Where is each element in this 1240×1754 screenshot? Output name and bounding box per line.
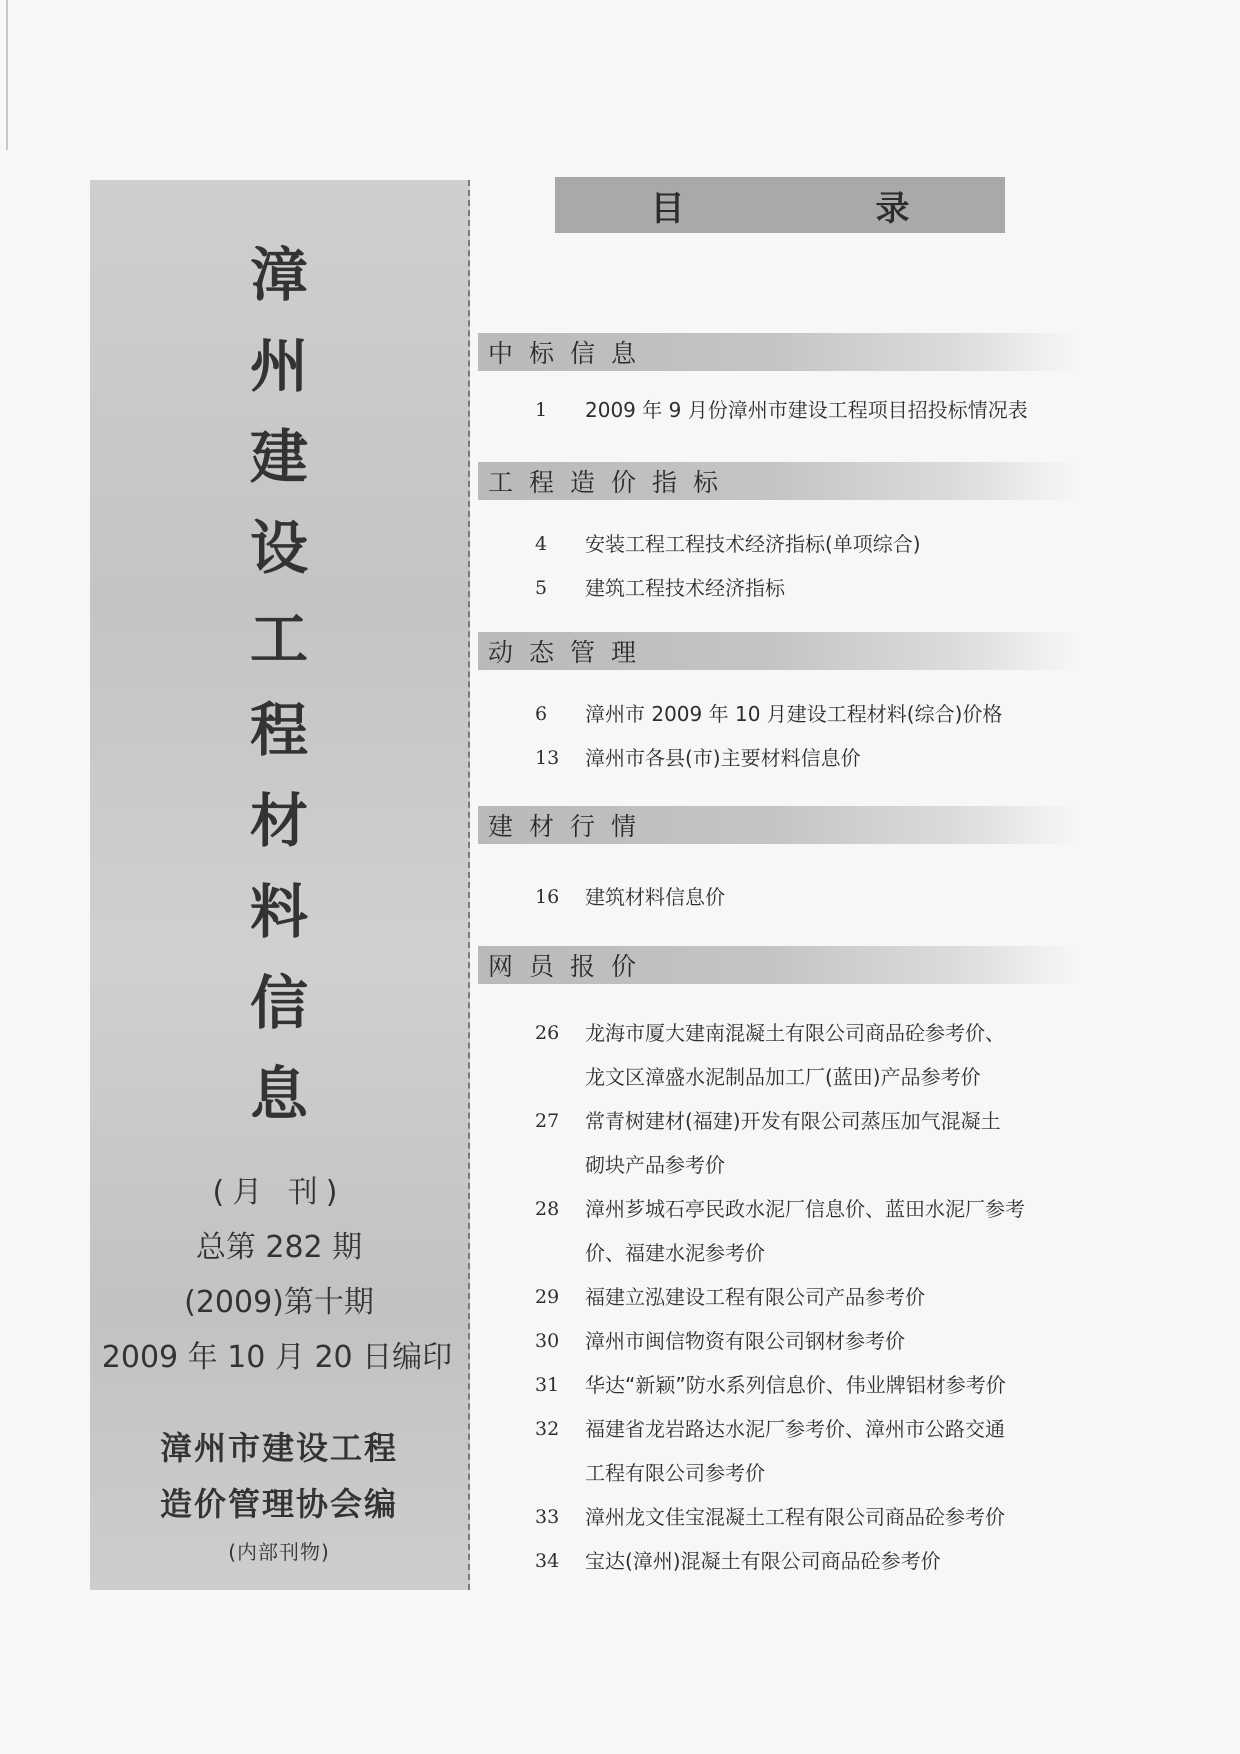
entry-title: 漳州龙文佳宝混凝土工程有限公司商品砼参考价	[585, 1495, 1085, 1539]
publisher-line-2: 造价管理协会编	[90, 1476, 468, 1532]
year-issue-number: (2009)第十期	[90, 1275, 468, 1330]
page-number: 29	[535, 1275, 575, 1319]
publication-frequency: (月 刊)	[90, 1165, 468, 1220]
total-issue-number: 总第 282 期	[90, 1220, 468, 1275]
toc-header-char: 目	[651, 181, 685, 230]
issue-info: (月 刊) 总第 282 期 (2009)第十期 2009 年 10 月 20 …	[90, 1165, 468, 1385]
page-number: 28	[535, 1187, 575, 1231]
page-number: 30	[535, 1319, 575, 1363]
section-title: 网员报价	[478, 947, 652, 983]
entry-title: 福建省龙岩路达水泥厂参考价、漳州市公路交通	[585, 1407, 1085, 1451]
entry-title: 建筑材料信息价	[585, 875, 1085, 919]
entry-title-continued: 工程有限公司参考价	[585, 1451, 1085, 1495]
title-char: 料	[250, 867, 308, 958]
title-char: 息	[250, 1049, 308, 1140]
print-date: 2009 年 10 月 20 日编印	[86, 1330, 468, 1385]
entry-title: 宝达(漳州)混凝土有限公司商品砼参考价	[585, 1539, 1085, 1583]
title-char: 材	[250, 776, 308, 867]
section-title: 中标信息	[478, 334, 652, 370]
publisher: 漳州市建设工程 造价管理协会编 (内部刊物)	[90, 1420, 468, 1572]
page-number: 32	[535, 1407, 575, 1451]
title-char: 程	[250, 685, 308, 776]
entry-title: 福建立泓建设工程有限公司产品参考价	[585, 1275, 1085, 1319]
page-edge-line	[6, 0, 8, 150]
page-number: 31	[535, 1363, 575, 1407]
page-number: 13	[535, 736, 575, 780]
section-title: 工程造价指标	[478, 463, 734, 499]
title-char: 工	[250, 594, 308, 685]
page-number: 1	[535, 388, 575, 432]
toc-header: 目 录	[555, 177, 1005, 233]
page-number: 5	[535, 566, 575, 610]
entry-title: 漳州市各县(市)主要材料信息价	[585, 736, 1085, 780]
entry-title-continued: 价、福建水泥参考价	[585, 1231, 1085, 1275]
entry-title: 漳州芗城石亭民政水泥厂信息价、蓝田水泥厂参考	[585, 1187, 1085, 1231]
entry-title: 建筑工程技术经济指标	[585, 566, 1085, 610]
section-heading-cost-index: 工程造价指标	[478, 462, 1078, 500]
publisher-line-1: 漳州市建设工程	[90, 1420, 468, 1476]
title-char: 设	[250, 503, 308, 594]
entry-title-continued: 龙文区漳盛水泥制品加工厂(蓝田)产品参考价	[585, 1055, 1085, 1099]
section-title: 建材行情	[478, 807, 652, 843]
section-heading-material-market: 建材行情	[478, 806, 1078, 844]
page-number: 26	[535, 1011, 575, 1055]
section-heading-member-quotes: 网员报价	[478, 946, 1078, 984]
entry-title: 2009 年 9 月份漳州市建设工程项目招投标情况表	[585, 388, 1085, 432]
entry-title: 龙海市厦大建南混凝土有限公司商品砼参考价、	[585, 1011, 1085, 1055]
cover-panel: 漳 州 建 设 工 程 材 料 信 息 (月 刊) 总第 282 期 (2009…	[90, 180, 470, 1590]
entry-title-continued: 砌块产品参考价	[585, 1143, 1085, 1187]
page-number: 34	[535, 1539, 575, 1583]
title-char: 州	[250, 321, 308, 412]
publication-title: 漳 州 建 设 工 程 材 料 信 息	[90, 230, 468, 1140]
title-char: 信	[250, 958, 308, 1049]
page-number: 4	[535, 522, 575, 566]
entry-title: 常青树建材(福建)开发有限公司蒸压加气混凝土	[585, 1099, 1085, 1143]
page-number: 33	[535, 1495, 575, 1539]
entry-title: 漳州市闽信物资有限公司钢材参考价	[585, 1319, 1085, 1363]
entry-title: 安装工程工程技术经济指标(单项综合)	[585, 522, 1085, 566]
page-number: 6	[535, 692, 575, 736]
page-number: 27	[535, 1099, 575, 1143]
section-heading-dynamic-management: 动态管理	[478, 632, 1078, 670]
section-heading-bid-info: 中标信息	[478, 333, 1078, 371]
title-char: 建	[250, 412, 308, 503]
internal-publication-note: (内部刊物)	[90, 1532, 468, 1572]
title-char: 漳	[250, 230, 308, 321]
section-title: 动态管理	[478, 633, 652, 669]
page-number: 16	[535, 875, 575, 919]
entry-title: 漳州市 2009 年 10 月建设工程材料(综合)价格	[585, 692, 1085, 736]
entry-title: 华达“新颖”防水系列信息价、伟业牌铝材参考价	[585, 1363, 1085, 1407]
toc-header-char: 录	[876, 181, 910, 230]
